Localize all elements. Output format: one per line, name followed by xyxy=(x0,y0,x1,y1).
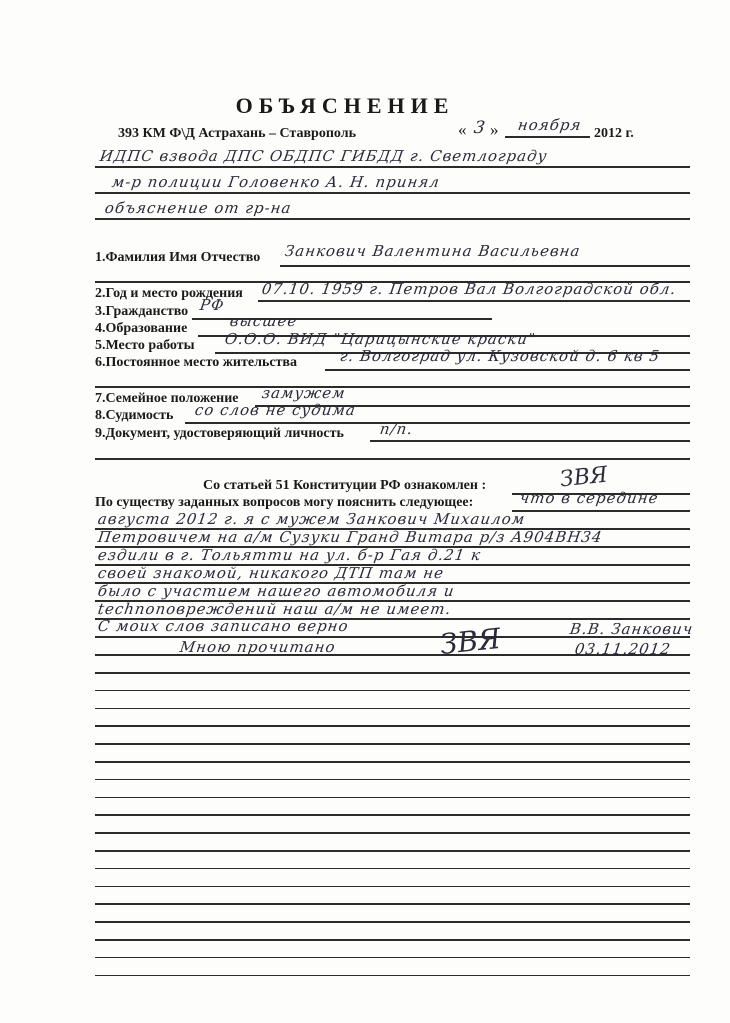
field-value-education: высшее xyxy=(229,312,299,330)
statement-signature: ЗВЯ xyxy=(438,622,502,661)
field-value-full-name: Занкович Валентина Васильевна xyxy=(284,242,582,260)
field-value-citizenship: РФ xyxy=(199,296,226,314)
date-month: ноября xyxy=(517,116,583,134)
field-label-education: 4.Образование xyxy=(95,321,187,337)
ruled-line xyxy=(95,672,690,674)
field-value-id-document: п/п. xyxy=(379,420,415,438)
signed-date: 03.11.2012 xyxy=(574,640,672,658)
statement-line: Петровичем на а/м Сузуки Гранд Витара р/… xyxy=(97,528,604,546)
ruled-line xyxy=(95,921,690,923)
statement-label: По существу заданных вопросов могу поясн… xyxy=(95,495,473,511)
ruled-line xyxy=(95,903,690,905)
document-title: ОБЪЯСНЕНИЕ xyxy=(0,93,690,119)
ruled-line xyxy=(95,725,690,727)
field-label-residence: 6.Постоянное место жительства xyxy=(95,355,297,371)
field-label-full-name: 1.Фамилия Имя Отчество xyxy=(95,250,260,266)
field-label-criminal-record: 8.Судимость xyxy=(95,408,173,424)
location: 393 КМ Ф\Д Астрахань – Ставрополь xyxy=(118,126,356,142)
ruled-line xyxy=(95,761,690,763)
ruled-line xyxy=(95,797,690,799)
constitution-label: Со статьей 51 Конституции РФ ознакомлен … xyxy=(203,478,486,494)
ruled-line xyxy=(95,814,690,816)
field-value-marital-status: замужем xyxy=(261,384,347,402)
date-open-quote: « xyxy=(458,120,467,140)
statement-first-value: что в середине xyxy=(519,489,660,507)
intro-line: ИДПС взвода ДПС ОБДПС ГИБДД г. Светлогра… xyxy=(99,147,549,165)
ruled-line xyxy=(95,939,690,941)
intro-line: м-р полиции Головенко А. Н. принял xyxy=(111,173,441,191)
signer-name: В.В. Занкович xyxy=(569,620,695,638)
ruled-line xyxy=(95,868,690,870)
ruled-line xyxy=(95,690,690,692)
field-label-workplace: 5.Место работы xyxy=(95,338,195,354)
field-label-id-document: 9.Документ, удостоверяющий личность xyxy=(95,426,344,442)
statement-line: ездили в г. Тольятти на ул. б-р Гая д.21… xyxy=(97,546,483,564)
constitution-signature: ЗВЯ xyxy=(559,463,609,493)
closing-line: С моих слов записано верно xyxy=(97,617,350,635)
statement-line: было с участием нашего автомобиля и xyxy=(97,582,456,600)
field-value-workplace: О.О.О. ВИД "Царицынские краски" xyxy=(224,330,537,348)
ruled-line xyxy=(95,886,690,888)
date-day: 3 xyxy=(473,118,488,138)
ruled-line xyxy=(95,832,690,834)
ruled-line xyxy=(95,779,690,781)
ruled-line xyxy=(95,850,690,852)
ruled-line xyxy=(95,957,690,959)
field-value-residence: г. Волгоград ул. Кузовской д. 6 кв 5 xyxy=(339,347,661,365)
field-value-birth: 07.10. 1959 г. Петров Вал Волгоградской … xyxy=(261,280,678,298)
statement-line: августа 2012 г. я с мужем Занкович Михаи… xyxy=(97,510,527,528)
field-label-citizenship: 3.Гражданство xyxy=(95,304,188,320)
ruled-line xyxy=(95,708,690,710)
field-value-criminal-record: со слов не судима xyxy=(194,401,357,419)
statement-line: technоповреждений наш а/м не имеет. xyxy=(97,600,453,618)
ruled-line xyxy=(95,975,690,977)
statement-line: своей знакомой, никакого ДТП там не xyxy=(97,564,446,582)
ruled-line xyxy=(95,743,690,745)
intro-line: объяснение от гр-на xyxy=(104,199,293,217)
date-year: 2012 г. xyxy=(594,126,634,142)
date-close-quote: » xyxy=(490,120,499,140)
